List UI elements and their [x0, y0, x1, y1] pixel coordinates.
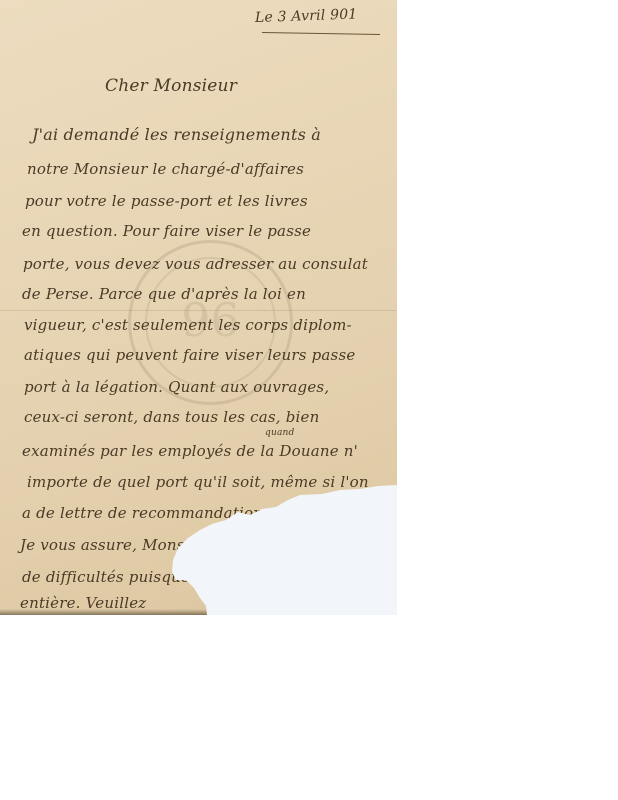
letter-line-15: de difficultés puisque — [22, 568, 190, 586]
letter-line-11: examinés par les employés de la Douane n… — [22, 442, 358, 460]
letter-line-2: notre Monsieur le chargé-d'affaires — [27, 160, 304, 178]
interlinear-insert: quand — [265, 428, 294, 438]
letter-line-6: de Perse. Parce que d'après la loi en — [22, 285, 306, 303]
letter-line-8: atiques qui peuvent faire viser leurs pa… — [24, 346, 355, 364]
letter-salutation: Cher Monsieur — [105, 76, 237, 96]
letter-line-7: vigueur, c'est seulement les corps diplo… — [24, 316, 352, 334]
letter-line-3: pour votre le passe-port et les livres — [25, 192, 308, 210]
letter-line-4: en question. Pour faire viser le passe — [22, 222, 311, 240]
letter-line-9: port à la légation. Quant aux ouvrages, — [24, 378, 329, 396]
letter-date: Le 3 Avril 901 — [255, 6, 358, 26]
letter-line-16: entière. Veuillez — [20, 594, 146, 612]
letter-line-5: porte, vous devez vous adresser au consu… — [23, 255, 368, 273]
letter-line-1: J'ai demandé les renseignements à — [32, 125, 321, 144]
date-underline — [262, 32, 380, 35]
letter-line-12: importe de quel port qu'il soit, même si… — [27, 473, 369, 491]
letter-line-10: ceux-ci seront, dans tous les cas, bien — [24, 408, 319, 426]
